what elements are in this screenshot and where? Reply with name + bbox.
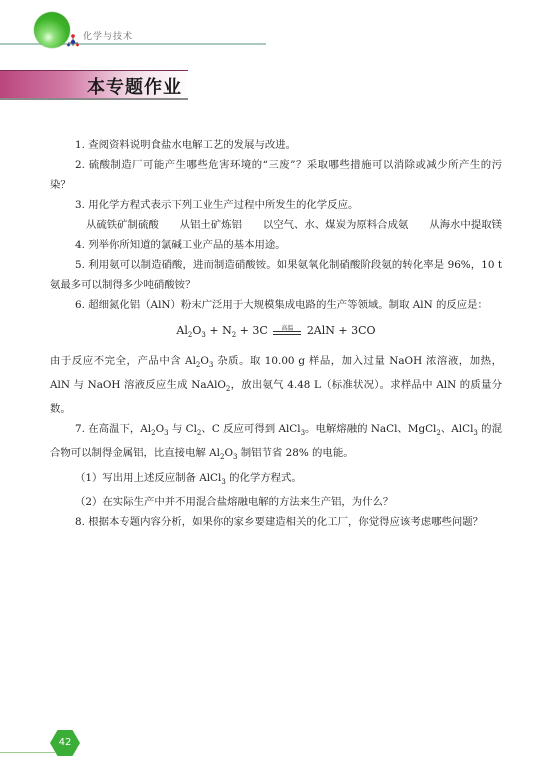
exercise-list: 1. 查阅资料说明食盐水电解工艺的发展与改进。 2. 硫酸制造厂可能产生哪些危害… [50, 135, 502, 532]
q3-item: 从硫铁矿制硫酸 [86, 215, 159, 235]
molecule-icon [67, 33, 79, 49]
section-title-bar: 本专题作业 [0, 70, 188, 100]
question-4: 4. 列举你所知道的氯碱工业产品的基本用途。 [50, 235, 502, 255]
question-3: 3. 用化学方程式表示下列工业生产过程中所发生的化学反应。 [50, 195, 502, 215]
question-1: 1. 查阅资料说明食盐水电解工艺的发展与改进。 [50, 135, 502, 155]
question-7-part-2: （2）在实际生产中并不用混合盐熔融电解的方法来生产铝，为什么？ [50, 492, 502, 512]
q3-item: 以空气、水、煤炭为原料合成氨 [263, 215, 408, 235]
question-5: 5. 利用氨可以制造硝酸，进而制造硝酸铵。如果氨氧化制硝酸阶段氨的转化率是 96… [50, 255, 502, 295]
question-8: 8. 根据本专题内容分析，如果你的家乡要建造相关的化工厂，你觉得应该考虑哪些问题… [50, 512, 502, 532]
footer-rule [0, 752, 55, 753]
question-7-part-1: （1）写出用上述反应制备 AlCl3 的化学方程式。 [50, 468, 502, 492]
chemical-equation: Al2O3 + N2 + 3C 高温 2AlN + 3CO [50, 321, 502, 345]
reaction-condition: 高温 [273, 319, 301, 339]
book-title: 化学与技术 [83, 29, 133, 42]
question-6: 6. 超细氮化铝（AlN）粉末广泛用于大规模集成电路的生产等领域。制取 AlN … [50, 295, 502, 315]
section-title: 本专题作业 [87, 73, 182, 99]
q3-item: 从海水中提取镁 [429, 215, 502, 235]
question-3-items: 从硫铁矿制硫酸 从铝土矿炼铝 以空气、水、煤炭为原料合成氨 从海水中提取镁 [50, 215, 502, 235]
question-7: 7. 在高温下，Al2O3 与 Cl2、C 反应可得到 AlCl3。电解熔融的 … [50, 419, 502, 467]
green-sphere-icon [34, 12, 70, 48]
equals-arrow-icon: 高温 [273, 326, 301, 336]
q3-item: 从铝土矿炼铝 [180, 215, 242, 235]
question-6-continued: 由于反应不完全，产品中含 Al2O3 杂质。取 10.00 g 样品，加入过量 … [50, 351, 502, 419]
question-2: 2. 硫酸制造厂可能产生哪些危害环境的“三废”？采取哪些措施可以消除或减少所产生… [50, 155, 502, 195]
